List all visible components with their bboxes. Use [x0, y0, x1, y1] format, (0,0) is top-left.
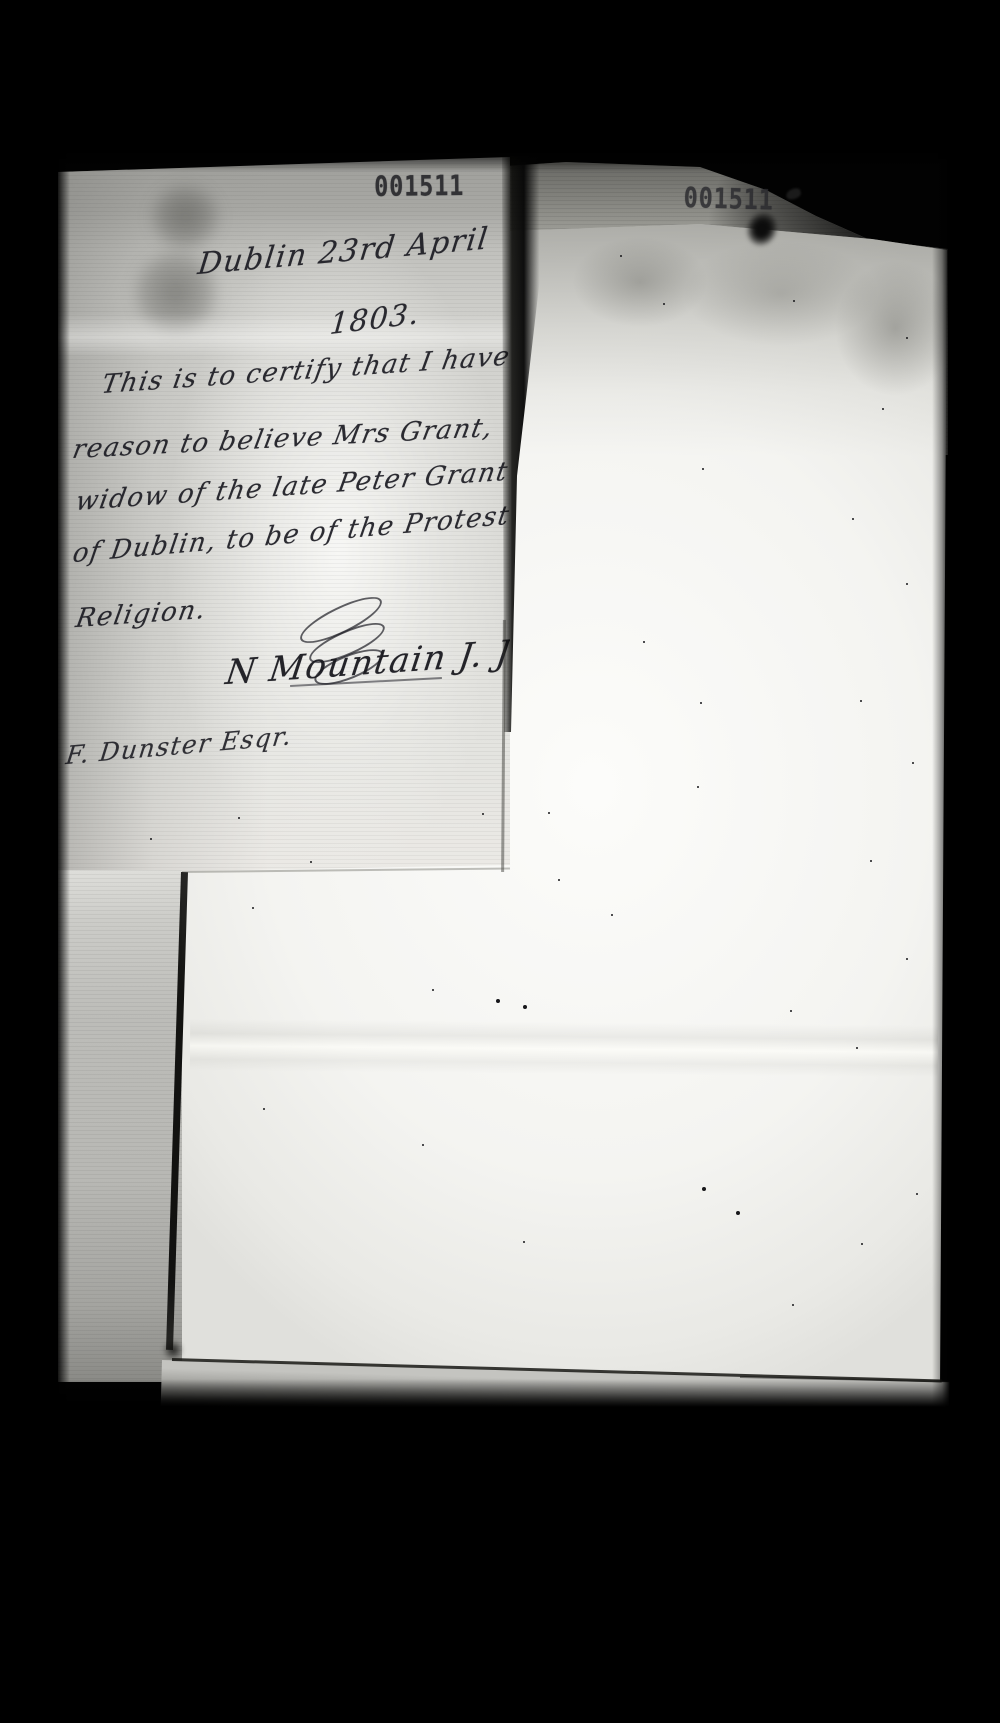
letter-sheet: Dublin 23rd April 1803. This is to certi…	[58, 155, 510, 879]
handwriting-body-line: reason to believe Mrs Grant,	[70, 413, 496, 465]
dust-speckles	[0, 0, 2, 2]
fold-crease-band	[190, 1019, 938, 1078]
handwriting-addressee: F. Dunster Esqr.	[64, 721, 294, 770]
handwriting-body-line: Religion.	[73, 595, 209, 635]
underlying-page-margin	[58, 870, 182, 1382]
ink-mark	[785, 187, 802, 201]
handwriting-date-place: Dublin 23rd April	[196, 221, 491, 282]
white-page-crumple-shading	[508, 224, 948, 456]
archival-stamp-left: 001511	[374, 169, 464, 203]
microfilm-scan: 001511 Dublin 23rd April 1803. This is t…	[0, 0, 1000, 1723]
